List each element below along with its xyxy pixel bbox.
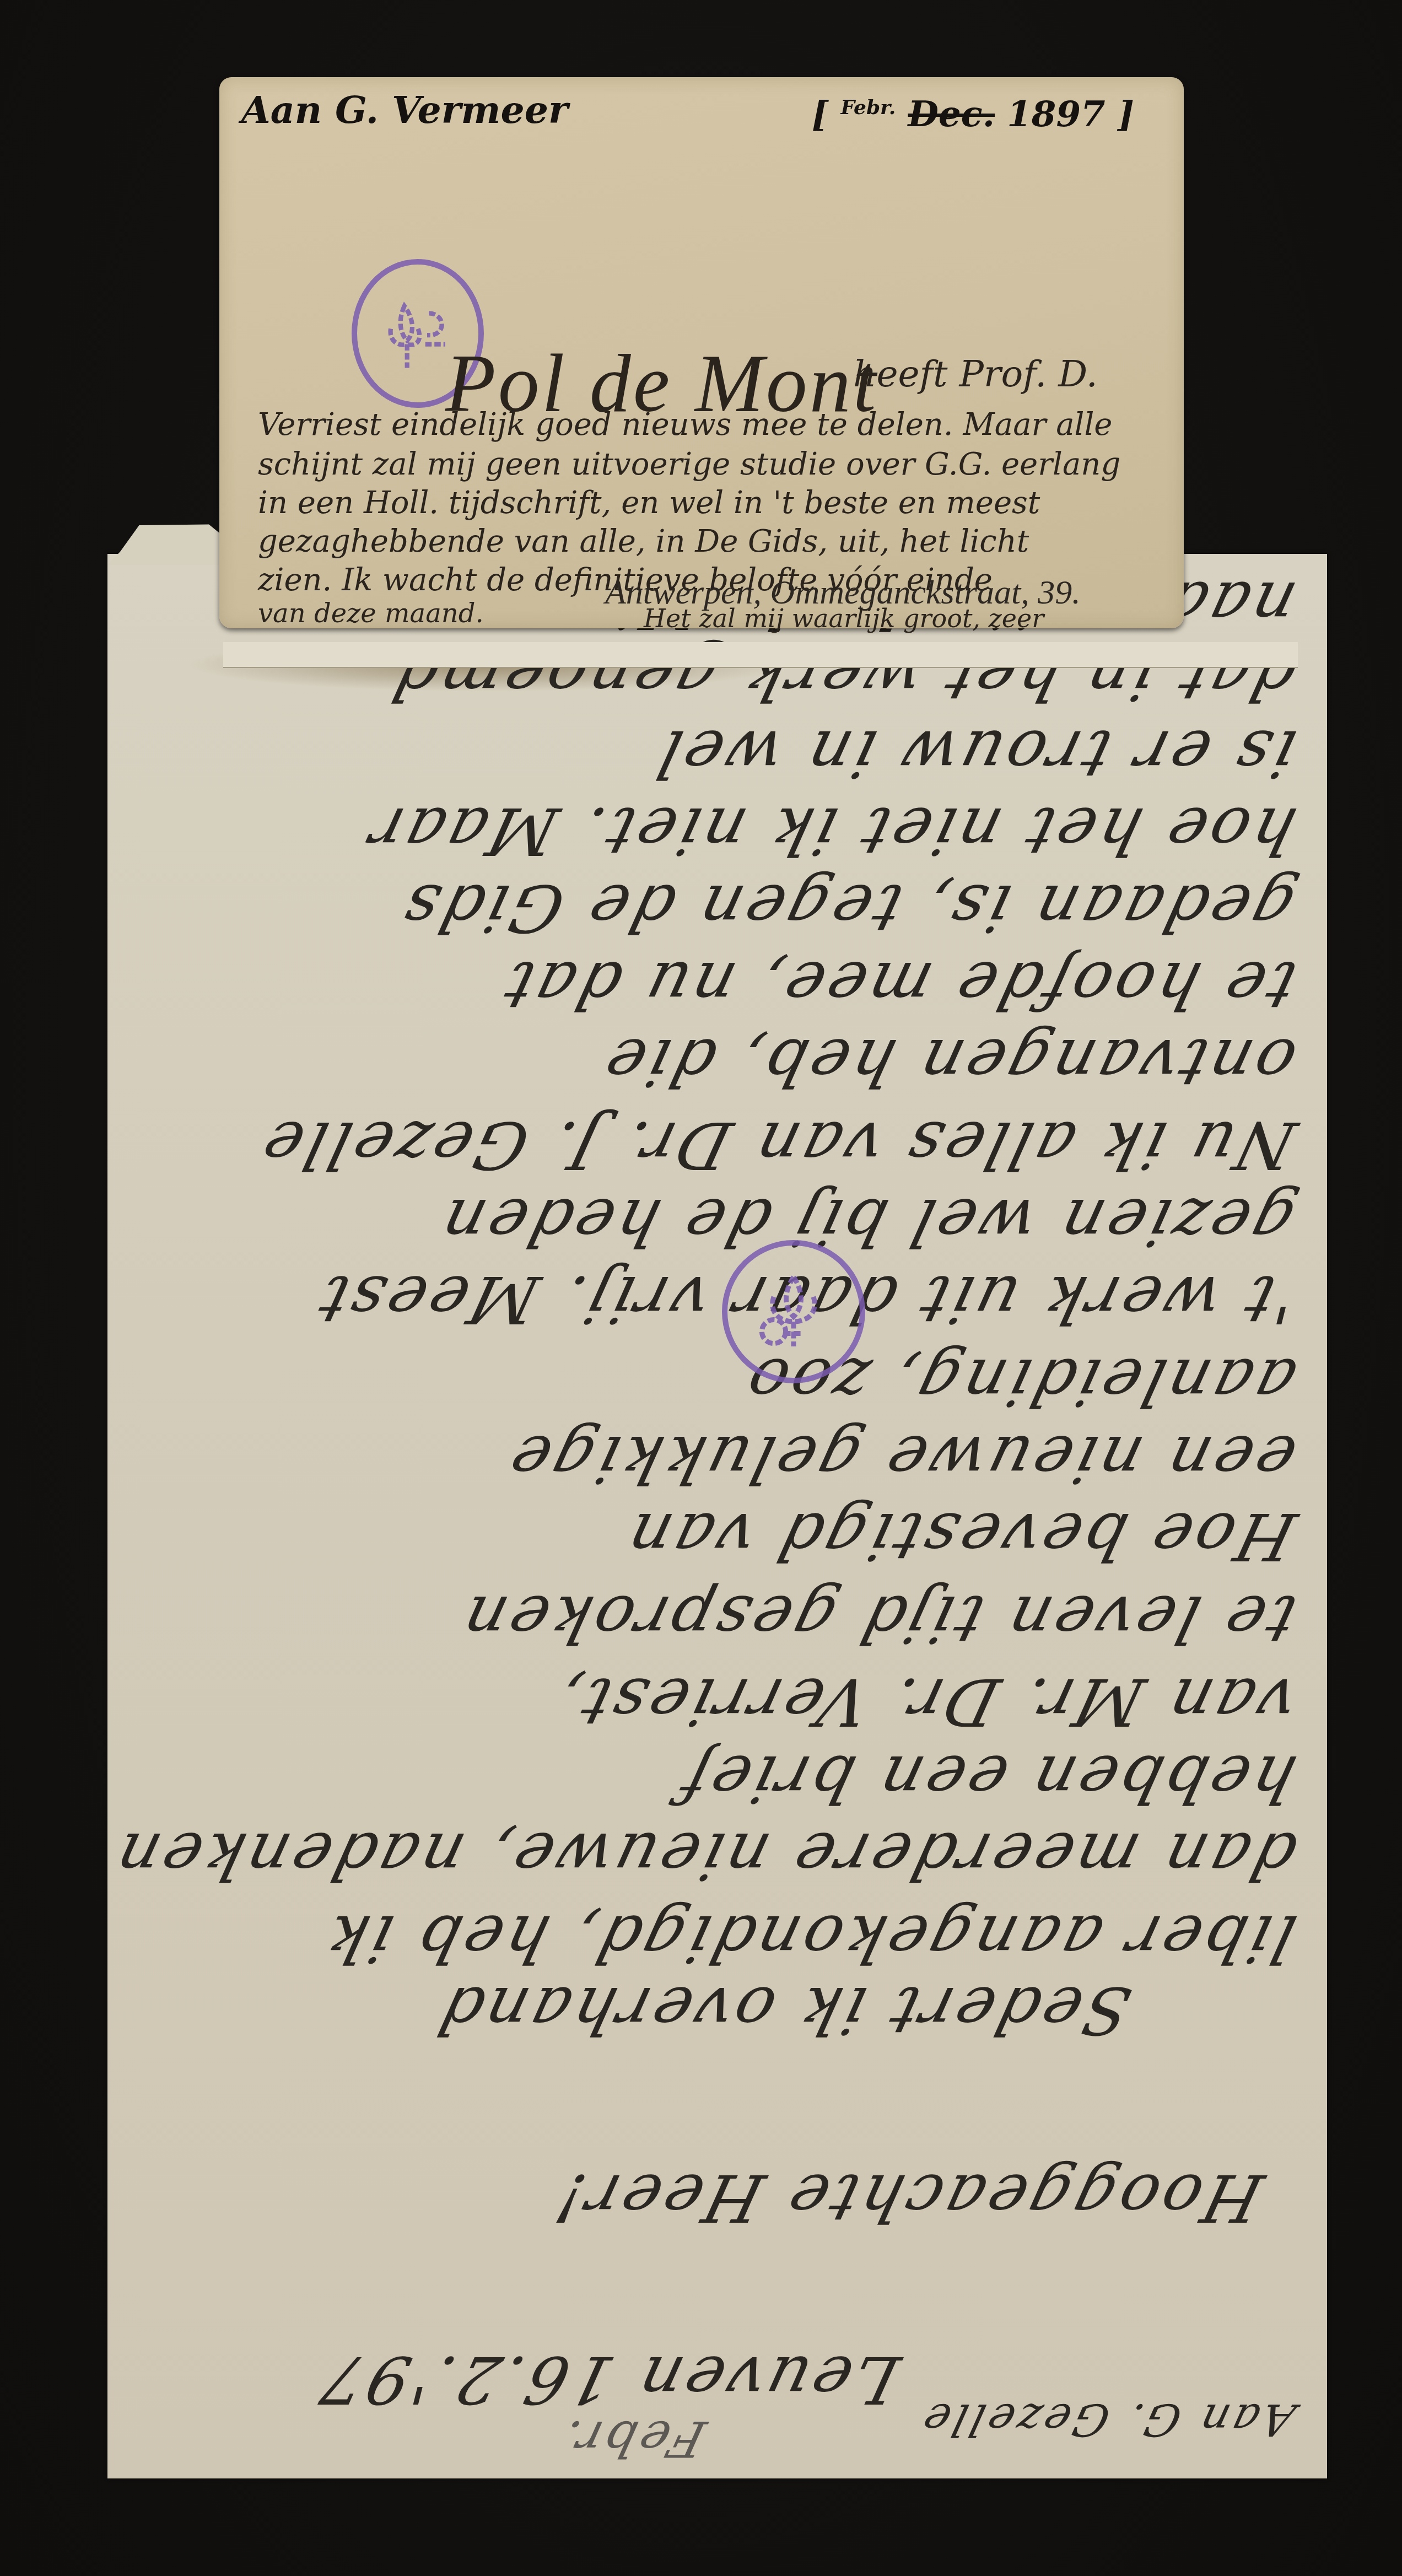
letter-place-date: Leuven 16.2.'97 bbox=[311, 2342, 907, 2418]
letter-line: van Mr. Dr. Verriest, bbox=[547, 1664, 1303, 1740]
letter-stamp-icon bbox=[722, 1240, 865, 1383]
letter-line: Nu ik alles van Dr. J. Gezelle bbox=[251, 1107, 1303, 1183]
letter-line: te leven tijd gesproken bbox=[451, 1581, 1303, 1657]
envelope-strip bbox=[223, 642, 1298, 668]
date-bracket-open: [ bbox=[812, 94, 828, 135]
card-text-line: gezaghebbende van alle, in De Gids, uit,… bbox=[258, 524, 1029, 559]
letter-line: is er trouw in wel bbox=[647, 716, 1303, 792]
letter-line: te hoofde mee, nu dat bbox=[494, 947, 1303, 1023]
letter-pencil-date-note: Febr. bbox=[554, 2410, 711, 2467]
letter-line: gedaan is, tegen de Gids bbox=[392, 870, 1303, 946]
date-month-corrected: Febr. bbox=[840, 96, 896, 119]
letter-line: Hoe bevestigd van bbox=[616, 1499, 1303, 1575]
card-date-note: [ Febr. Dec. 1897 ] bbox=[812, 94, 1134, 135]
letter-line: gezien wel bij de heden bbox=[430, 1184, 1304, 1260]
letter-line: ontvangen heb, die bbox=[594, 1025, 1303, 1101]
visiting-card: Aan G. Vermeer [ Febr. Dec. 1897 ] Pol d… bbox=[219, 77, 1184, 628]
letter-sheet: Aan G. Gezelle Leuven 16.2.'97 Febr. Hoo… bbox=[107, 554, 1327, 2478]
date-month-struck: Dec. bbox=[908, 94, 995, 135]
letter-line: Sedert ik overhand bbox=[428, 1973, 1138, 2049]
letter-body-upside-down: Aan G. Gezelle Leuven 16.2.'97 Febr. Hoo… bbox=[107, 554, 1327, 2478]
date-year: 1897 bbox=[1007, 94, 1105, 135]
letter-line: Hooggeachte Heer! bbox=[545, 2160, 1270, 2236]
letter-recipient: Aan G. Gezelle bbox=[914, 2394, 1301, 2445]
card-text-line: in een Holl. tijdschrift, en wel in 't b… bbox=[258, 485, 1040, 521]
card-text-line: heeft Prof. D. bbox=[853, 353, 1098, 395]
card-text-line: Verriest eindelijk goed nieuws mee te de… bbox=[258, 407, 1112, 443]
letter-line: een nieuwe gelukkige bbox=[498, 1421, 1303, 1497]
letter-line: liber aangekondigd, heb ik bbox=[315, 1901, 1303, 1977]
card-text-line: van deze maand. bbox=[258, 598, 484, 629]
letter-line: dan meerdere nieuwe, nadenken bbox=[105, 1818, 1303, 1894]
card-text-line: schijnt zal mij geen uitvoerige studie o… bbox=[258, 446, 1120, 482]
date-bracket-close: ] bbox=[1118, 94, 1134, 135]
letter-line: hoe het niet ik niet. Maar bbox=[358, 793, 1303, 869]
letter-line: hebben een brief bbox=[671, 1741, 1303, 1817]
card-recipient-note: Aan G. Vermeer bbox=[241, 88, 568, 132]
card-text-line: Het zal mij waarlijk groot, zeer bbox=[644, 603, 1044, 633]
